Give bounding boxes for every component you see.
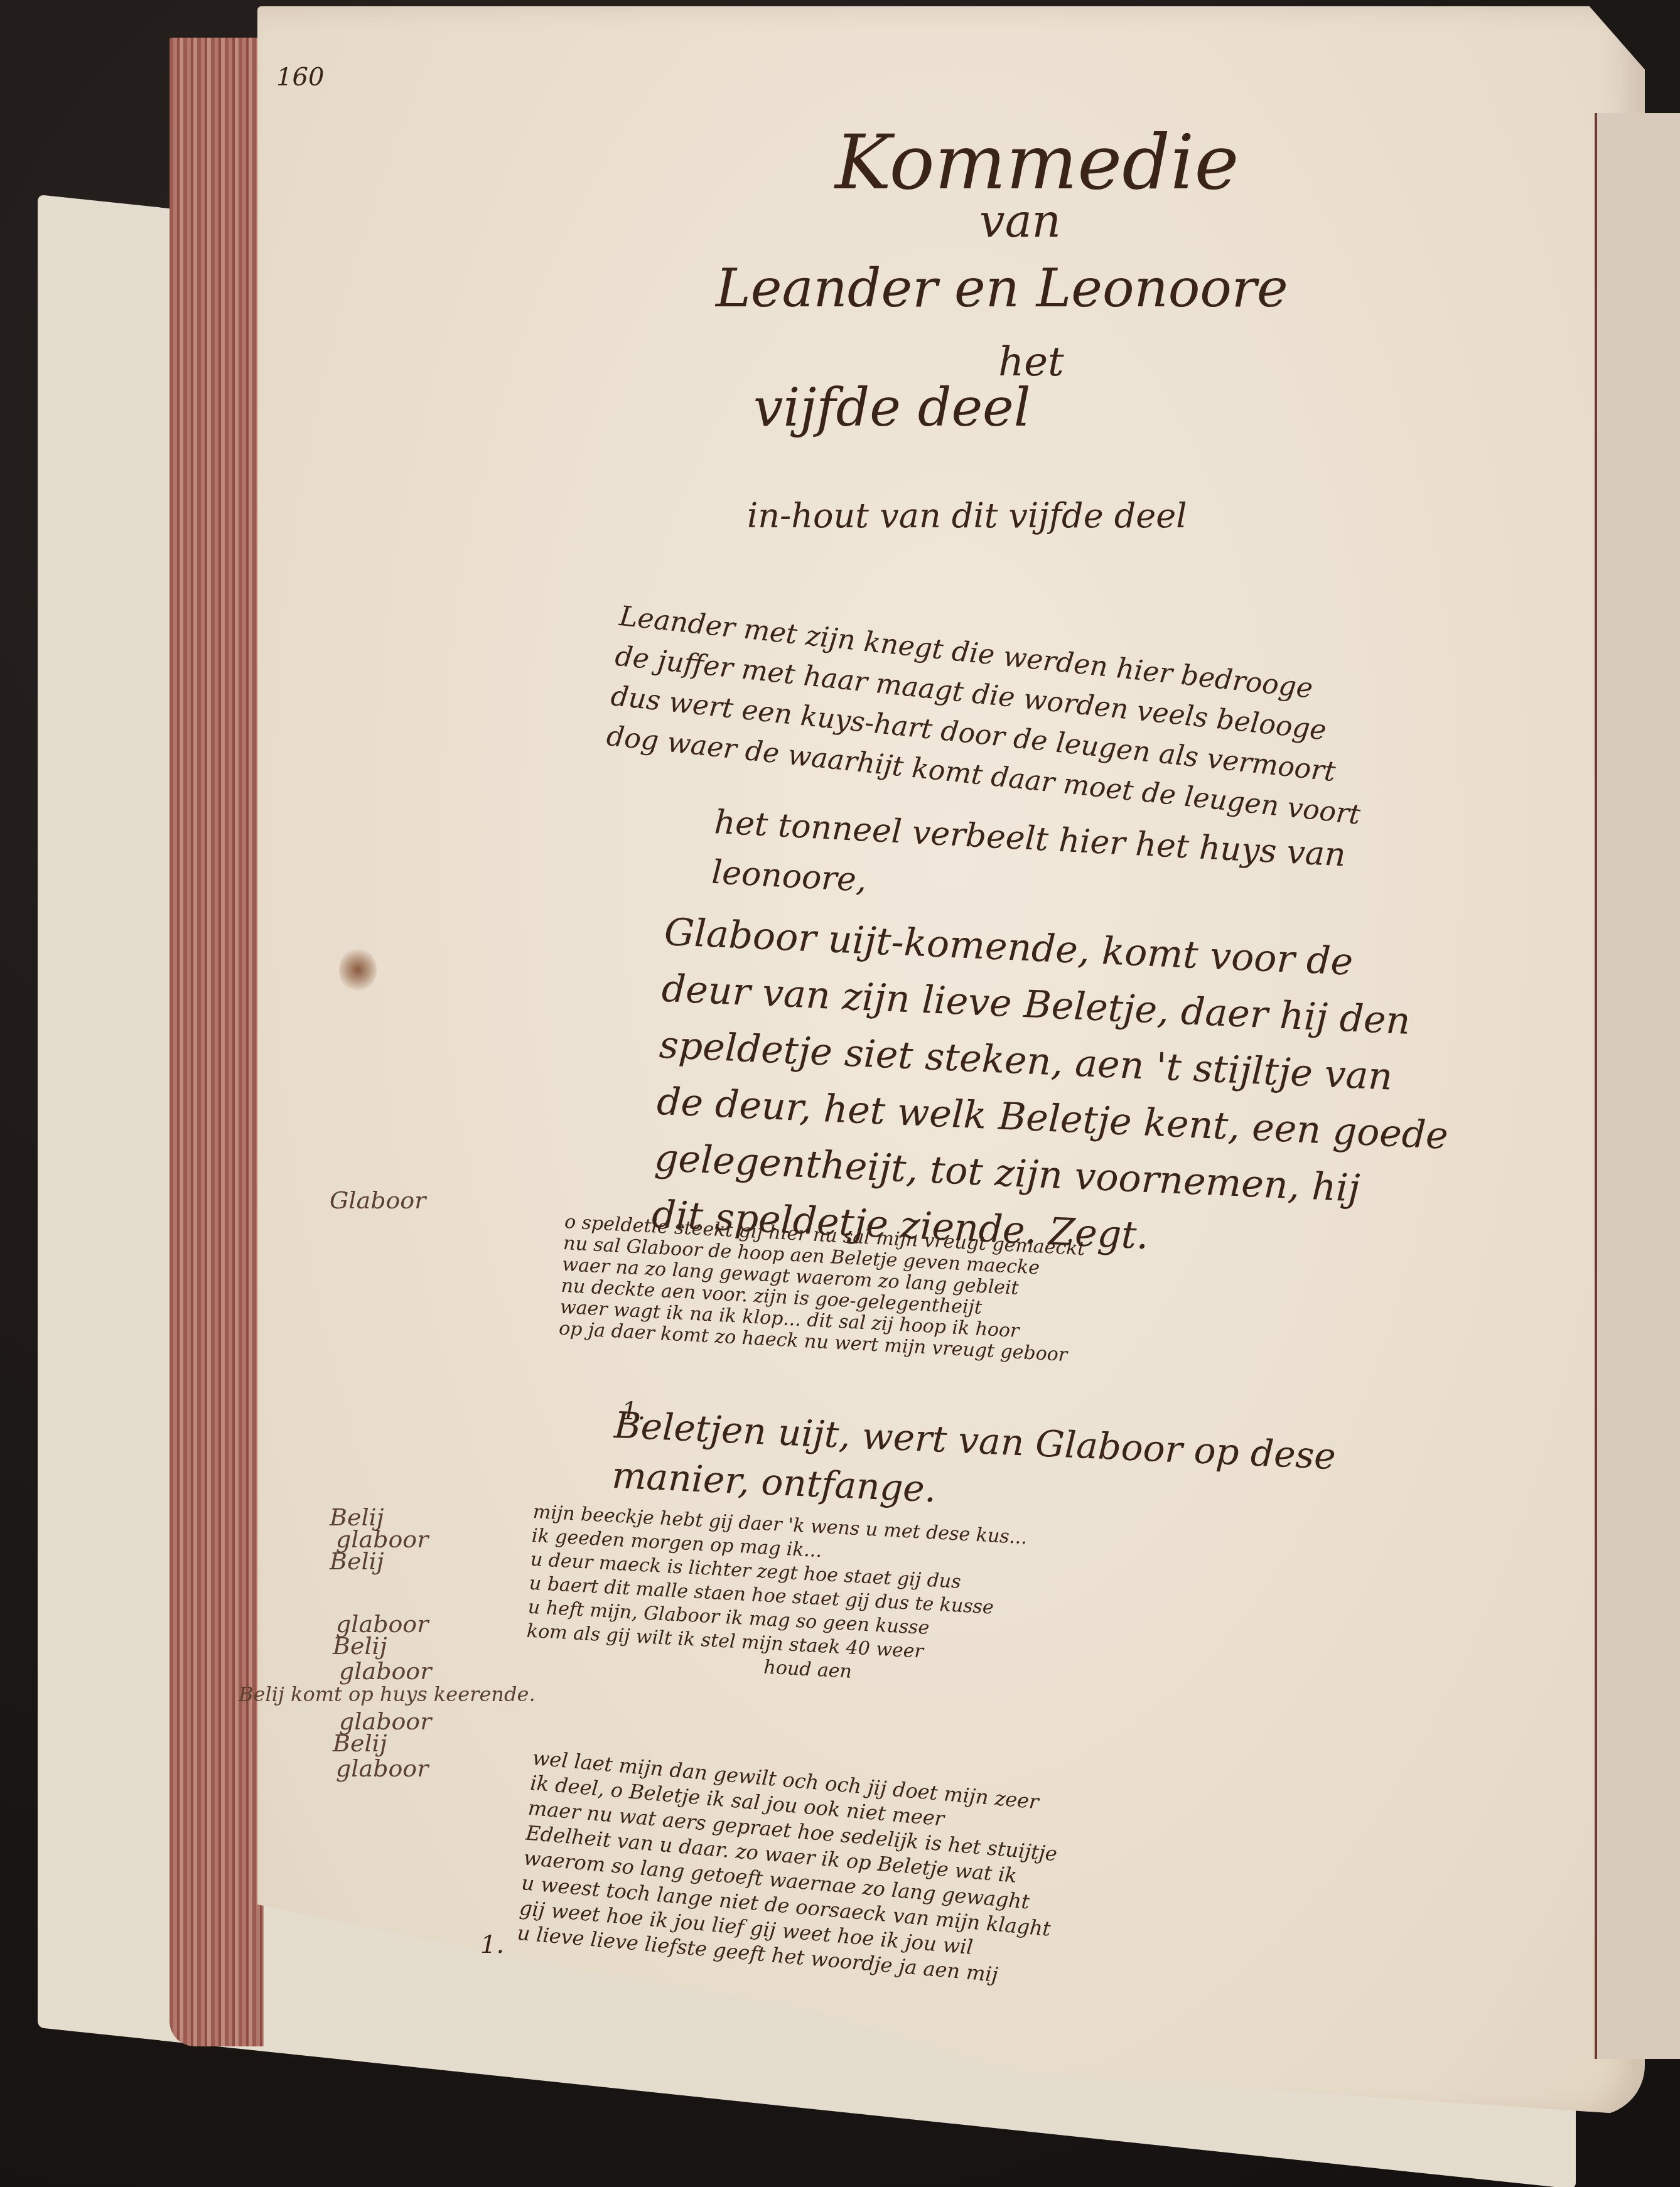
title-van: van <box>979 195 1061 247</box>
facing-page-edge <box>1595 113 1680 2059</box>
ink-stain <box>339 948 377 992</box>
page-block-red-edge <box>170 38 264 2046</box>
marginal-marker: 1. <box>622 1397 645 1426</box>
marginal-marker: 1. <box>480 1930 504 1959</box>
summary-heading: in-hout van dit vijfde deel <box>747 496 1187 535</box>
speaker-label: Belij <box>333 1632 387 1660</box>
speaker-label: Belij komt op huys keerende. <box>239 1682 536 1706</box>
speaker-label: Belij <box>333 1729 387 1757</box>
title-part: vijfde deel <box>753 377 1031 438</box>
dialogue-block-2: mijn beeckje hebt gij daer 'k wens u met… <box>525 1500 1028 1693</box>
speaker-label: glaboor <box>339 1657 431 1685</box>
title-names: Leander en Leonoore <box>716 257 1288 319</box>
speaker-label: Belij <box>330 1547 384 1575</box>
dialogue-block-1: o speldetie steekt gij hier nu sal mijn … <box>558 1212 1085 1367</box>
speaker-label: Glaboor <box>330 1186 426 1214</box>
speaker-label: glaboor <box>336 1754 428 1782</box>
page-number: 160 <box>276 63 324 92</box>
title-kommedie: Kommedie <box>835 119 1239 207</box>
